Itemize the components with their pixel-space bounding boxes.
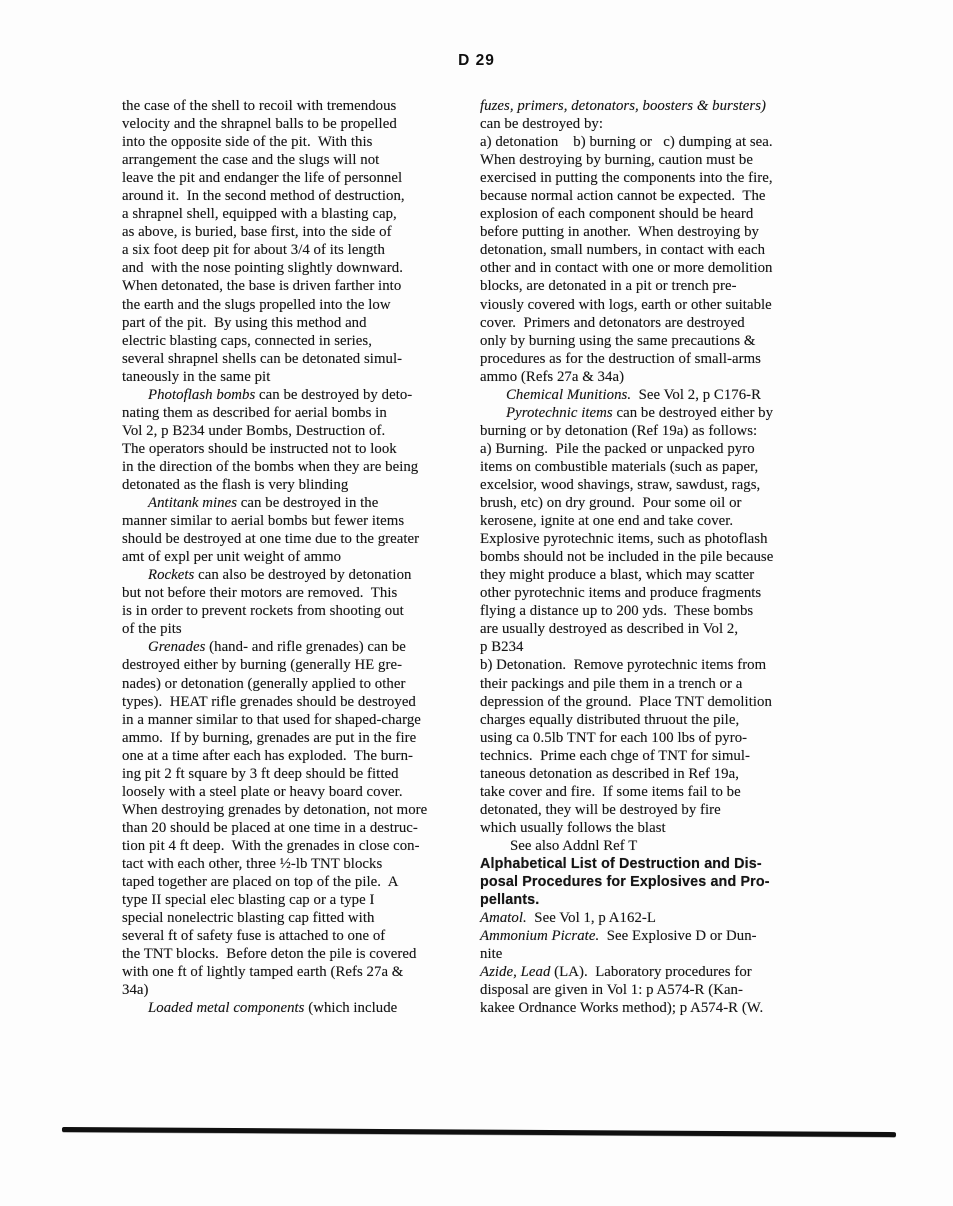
text-segment: destroyed either by burning (generally H… — [122, 657, 402, 673]
text-segment: tact with each other, three ½-lb TNT blo… — [122, 856, 382, 872]
text-line: a shrapnel shell, equipped with a blasti… — [122, 205, 474, 223]
text-segment: procedures as for the destruction of sma… — [480, 351, 761, 367]
text-segment: Alphabetical List of Destruction and Dis… — [480, 856, 762, 872]
text-segment: but not before their motors are removed.… — [122, 585, 397, 601]
text-line: depression of the ground. Place TNT demo… — [480, 693, 862, 711]
text-segment: Chemical Munitions. — [506, 387, 631, 403]
text-line: several shrapnel shells can be detonated… — [122, 350, 474, 368]
text-segment: loosely with a steel plate or heavy boar… — [122, 784, 403, 800]
page-number-header: D 29 — [0, 52, 953, 70]
text-line: ammo. If by burning, grenades are put in… — [122, 729, 474, 747]
text-segment: than 20 should be placed at one time in … — [122, 820, 418, 836]
text-line: disposal are given in Vol 1: p A574-R (K… — [480, 981, 862, 999]
text-line: velocity and the shrapnel balls to be pr… — [122, 115, 474, 133]
text-segment: detonated as the flash is very blinding — [122, 477, 348, 493]
text-segment: When destroying by burning, caution must… — [480, 152, 753, 168]
text-line: The operators should be instructed not t… — [122, 440, 474, 458]
text-segment: can be destroyed either by — [613, 405, 773, 421]
text-segment: several shrapnel shells can be detonated… — [122, 351, 402, 367]
text-segment: can be destroyed in the — [237, 495, 378, 511]
text-line: items on combustible materials (such as … — [480, 458, 862, 476]
text-line: pellants. — [480, 891, 862, 909]
text-line: around it. In the second method of destr… — [122, 187, 474, 205]
text-segment: part of the pit. By using this method an… — [122, 315, 367, 331]
text-line: Chemical Munitions. See Vol 2, p C176-R — [480, 386, 862, 404]
text-segment: nating them as described for aerial bomb… — [122, 405, 387, 421]
text-line: When detonated, the base is driven farth… — [122, 277, 474, 295]
text-segment: Pyrotechnic items — [506, 405, 613, 421]
text-line: they might produce a blast, which may sc… — [480, 566, 862, 584]
text-line: in a manner similar to that used for sha… — [122, 711, 474, 729]
scanned-document-page: D 29 the case of the shell to recoil wit… — [0, 0, 953, 1206]
text-line: taped together are placed on top of the … — [122, 873, 474, 891]
text-segment: ammo (Refs 27a & 34a) — [480, 369, 624, 385]
text-segment: tion pit 4 ft deep. With the grenades in… — [122, 838, 420, 854]
text-segment: burning or by detonation (Ref 19a) as fo… — [480, 423, 757, 439]
text-segment: and with the nose pointing slightly down… — [122, 260, 403, 276]
text-line: Alphabetical List of Destruction and Dis… — [480, 855, 862, 873]
text-segment: b) Detonation. Remove pyrotechnic items … — [480, 657, 766, 673]
text-line: charges equally distributed thruout the … — [480, 711, 862, 729]
text-segment: (hand- and rifle grenades) can be — [205, 639, 406, 655]
text-segment: of the pits — [122, 621, 182, 637]
text-line: taneous detonation as described in Ref 1… — [480, 765, 862, 783]
text-segment: technics. Prime each chge of TNT for sim… — [480, 748, 750, 764]
text-segment: charges equally distributed thruout the … — [480, 712, 739, 728]
text-segment: is in order to prevent rockets from shoo… — [122, 603, 404, 619]
bottom-rule — [62, 1127, 896, 1137]
text-line: 34a) — [122, 981, 474, 999]
text-line: Ammonium Picrate. See Explosive D or Dun… — [480, 927, 862, 945]
text-segment: can be destroyed by deto- — [255, 387, 412, 403]
text-segment: viously covered with logs, earth or othe… — [480, 297, 772, 313]
text-segment: Ammonium Picrate. — [480, 928, 599, 944]
text-line: blocks, are detonated in a pit or trench… — [480, 277, 862, 295]
text-segment: bombs should not be included in the pile… — [480, 549, 773, 565]
text-segment: can be destroyed by: — [480, 116, 603, 132]
text-segment: which usually follows the blast — [480, 820, 666, 836]
text-segment: around it. In the second method of destr… — [122, 188, 405, 204]
text-segment: fuzes, primers, detonators, boosters & b… — [480, 98, 766, 114]
text-segment: Grenades — [148, 639, 205, 655]
text-segment: When destroying grenades by detonation, … — [122, 802, 427, 818]
text-line: part of the pit. By using this method an… — [122, 314, 474, 332]
text-line: Rockets can also be destroyed by detonat… — [122, 566, 474, 584]
text-line: electric blasting caps, connected in ser… — [122, 332, 474, 350]
text-segment: taped together are placed on top of the … — [122, 874, 398, 890]
text-segment: cover. Primers and detonators are destro… — [480, 315, 745, 331]
text-line: detonated as the flash is very blinding — [122, 476, 474, 494]
text-segment: depression of the ground. Place TNT demo… — [480, 694, 772, 710]
text-segment: Photoflash bombs — [148, 387, 255, 403]
text-segment: they might produce a blast, which may sc… — [480, 567, 754, 583]
text-line: Antitank mines can be destroyed in the — [122, 494, 474, 512]
text-segment: the TNT blocks. Before deton the pile is… — [122, 946, 416, 962]
text-line: a) detonation b) burning or c) dumping a… — [480, 133, 862, 151]
text-line: detonated, they will be destroyed by fir… — [480, 801, 862, 819]
text-line: p B234 — [480, 638, 862, 656]
text-segment: (LA). Laboratory procedures for — [550, 964, 751, 980]
text-segment: because normal action cannot be expected… — [480, 188, 766, 204]
text-segment: posal Procedures for Explosives and Pro- — [480, 874, 770, 890]
text-segment: 34a) — [122, 982, 149, 998]
text-line: kakee Ordnance Works method); p A574-R (… — [480, 999, 862, 1017]
text-segment: type II special elec blasting cap or a t… — [122, 892, 374, 908]
text-segment: explosion of each component should be he… — [480, 206, 753, 222]
text-line: tion pit 4 ft deep. With the grenades in… — [122, 837, 474, 855]
text-segment: a) Burning. Pile the packed or unpacked … — [480, 441, 755, 457]
text-line: types). HEAT rifle grenades should be de… — [122, 693, 474, 711]
text-segment: other and in contact with one or more de… — [480, 260, 773, 276]
text-line: burning or by detonation (Ref 19a) as fo… — [480, 422, 862, 440]
text-line: several ft of safety fuse is attached to… — [122, 927, 474, 945]
text-line: but not before their motors are removed.… — [122, 584, 474, 602]
text-line: into the opposite side of the pit. With … — [122, 133, 474, 151]
text-segment: in the direction of the bombs when they … — [122, 459, 418, 475]
text-segment: types). HEAT rifle grenades should be de… — [122, 694, 416, 710]
text-line: type II special elec blasting cap or a t… — [122, 891, 474, 909]
text-line: before putting in another. When destroyi… — [480, 223, 862, 241]
text-segment: brush, etc) on dry ground. Pour some oil… — [480, 495, 742, 511]
text-line: See also Addnl Ref T — [480, 837, 862, 855]
text-segment: electric blasting caps, connected in ser… — [122, 333, 372, 349]
text-line: a) Burning. Pile the packed or unpacked … — [480, 440, 862, 458]
text-line: bombs should not be included in the pile… — [480, 548, 862, 566]
text-segment: the earth and the slugs propelled into t… — [122, 297, 391, 313]
text-line: special nonelectric blasting cap fitted … — [122, 909, 474, 927]
text-segment: their packings and pile them in a trench… — [480, 676, 742, 692]
right-column: fuzes, primers, detonators, boosters & b… — [480, 97, 862, 1017]
text-line: Loaded metal components (which include — [122, 999, 474, 1017]
text-segment: items on combustible materials (such as … — [480, 459, 758, 475]
text-line: take cover and fire. If some items fail … — [480, 783, 862, 801]
text-segment: only by burning using the same precautio… — [480, 333, 756, 349]
text-line: the case of the shell to recoil with tre… — [122, 97, 474, 115]
text-segment: Rockets — [148, 567, 194, 583]
text-segment: See Vol 1, p A162-L — [527, 910, 656, 926]
text-line: posal Procedures for Explosives and Pro- — [480, 873, 862, 891]
text-line: Vol 2, p B234 under Bombs, Destruction o… — [122, 422, 474, 440]
text-line: with one ft of lightly tamped earth (Ref… — [122, 963, 474, 981]
text-segment: detonated, they will be destroyed by fir… — [480, 802, 721, 818]
text-line: their packings and pile them in a trench… — [480, 675, 862, 693]
text-line: destroyed either by burning (generally H… — [122, 656, 474, 674]
text-segment: as above, is buried, base first, into th… — [122, 224, 392, 240]
text-line: a six foot deep pit for about 3/4 of its… — [122, 241, 474, 259]
text-line: should be destroyed at one time due to t… — [122, 530, 474, 548]
text-line: explosion of each component should be he… — [480, 205, 862, 223]
text-segment: manner similar to aerial bombs but fewer… — [122, 513, 404, 529]
text-segment: disposal are given in Vol 1: p A574-R (K… — [480, 982, 743, 998]
text-line: Azide, Lead (LA). Laboratory procedures … — [480, 963, 862, 981]
text-segment: special nonelectric blasting cap fitted … — [122, 910, 374, 926]
text-segment: excelsior, wood shavings, straw, sawdust… — [480, 477, 760, 493]
text-segment: are usually destroyed as described in Vo… — [480, 621, 738, 637]
text-line: When destroying grenades by detonation, … — [122, 801, 474, 819]
text-line: procedures as for the destruction of sma… — [480, 350, 862, 368]
text-line: than 20 should be placed at one time in … — [122, 819, 474, 837]
text-segment: exercised in putting the components into… — [480, 170, 773, 186]
text-line: tact with each other, three ½-lb TNT blo… — [122, 855, 474, 873]
text-line: because normal action cannot be expected… — [480, 187, 862, 205]
text-segment: take cover and fire. If some items fail … — [480, 784, 741, 800]
text-segment: nades) or detonation (generally applied … — [122, 676, 405, 692]
text-segment: before putting in another. When destroyi… — [480, 224, 759, 240]
text-line: Amatol. See Vol 1, p A162-L — [480, 909, 862, 927]
text-segment: nite — [480, 946, 502, 962]
text-segment: detonation, small numbers, in contact wi… — [480, 242, 765, 258]
text-line: of the pits — [122, 620, 474, 638]
left-column: the case of the shell to recoil with tre… — [122, 97, 474, 1017]
text-line: the earth and the slugs propelled into t… — [122, 296, 474, 314]
text-segment: using ca 0.5lb TNT for each 100 lbs of p… — [480, 730, 747, 746]
text-line: flying a distance up to 200 yds. These b… — [480, 602, 862, 620]
text-line: Pyrotechnic items can be destroyed eithe… — [480, 404, 862, 422]
text-segment: one at a time after each has exploded. T… — [122, 748, 413, 764]
text-line: exercised in putting the components into… — [480, 169, 862, 187]
text-segment: ing pit 2 ft square by 3 ft deep should … — [122, 766, 399, 782]
text-line: fuzes, primers, detonators, boosters & b… — [480, 97, 862, 115]
text-line: brush, etc) on dry ground. Pour some oil… — [480, 494, 862, 512]
text-line: one at a time after each has exploded. T… — [122, 747, 474, 765]
text-segment: velocity and the shrapnel balls to be pr… — [122, 116, 397, 132]
text-segment: with one ft of lightly tamped earth (Ref… — [122, 964, 403, 980]
text-line: are usually destroyed as described in Vo… — [480, 620, 862, 638]
text-line: only by burning using the same precautio… — [480, 332, 862, 350]
text-line: as above, is buried, base first, into th… — [122, 223, 474, 241]
text-segment: Amatol. — [480, 910, 527, 926]
text-segment: into the opposite side of the pit. With … — [122, 134, 372, 150]
text-segment: in a manner similar to that used for sha… — [122, 712, 421, 728]
text-line: manner similar to aerial bombs but fewer… — [122, 512, 474, 530]
text-line: technics. Prime each chge of TNT for sim… — [480, 747, 862, 765]
text-segment: kerosene, ignite at one end and take cov… — [480, 513, 733, 529]
text-line: amt of expl per unit weight of ammo — [122, 548, 474, 566]
text-line: Explosive pyrotechnic items, such as pho… — [480, 530, 862, 548]
text-segment: a) detonation b) burning or c) dumping a… — [480, 134, 773, 150]
text-line: Grenades (hand- and rifle grenades) can … — [122, 638, 474, 656]
text-line: in the direction of the bombs when they … — [122, 458, 474, 476]
text-line: which usually follows the blast — [480, 819, 862, 837]
text-line: Photoflash bombs can be destroyed by det… — [122, 386, 474, 404]
text-line: When destroying by burning, caution must… — [480, 151, 862, 169]
text-line: excelsior, wood shavings, straw, sawdust… — [480, 476, 862, 494]
text-segment: pellants. — [480, 892, 539, 908]
text-line: nades) or detonation (generally applied … — [122, 675, 474, 693]
text-line: the TNT blocks. Before deton the pile is… — [122, 945, 474, 963]
text-segment: blocks, are detonated in a pit or trench… — [480, 278, 737, 294]
text-line: arrangement the case and the slugs will … — [122, 151, 474, 169]
text-line: other and in contact with one or more de… — [480, 259, 862, 277]
text-segment: kakee Ordnance Works method); p A574-R (… — [480, 1000, 763, 1016]
text-line: kerosene, ignite at one end and take cov… — [480, 512, 862, 530]
text-segment: can also be destroyed by detonation — [194, 567, 411, 583]
text-segment: ammo. If by burning, grenades are put in… — [122, 730, 416, 746]
text-line: b) Detonation. Remove pyrotechnic items … — [480, 656, 862, 674]
text-segment: leave the pit and endanger the life of p… — [122, 170, 402, 186]
text-line: ammo (Refs 27a & 34a) — [480, 368, 862, 386]
text-line: detonation, small numbers, in contact wi… — [480, 241, 862, 259]
text-segment: other pyrotechnic items and produce frag… — [480, 585, 761, 601]
text-line: nite — [480, 945, 862, 963]
text-segment: Antitank mines — [148, 495, 237, 511]
text-segment: a six foot deep pit for about 3/4 of its… — [122, 242, 385, 258]
text-segment: p B234 — [480, 639, 523, 655]
text-segment: Vol 2, p B234 under Bombs, Destruction o… — [122, 423, 385, 439]
text-segment: The operators should be instructed not t… — [122, 441, 397, 457]
text-segment: Azide, Lead — [480, 964, 550, 980]
text-line: leave the pit and endanger the life of p… — [122, 169, 474, 187]
text-segment: Loaded metal components — [148, 1000, 305, 1016]
text-line: nating them as described for aerial bomb… — [122, 404, 474, 422]
text-segment: arrangement the case and the slugs will … — [122, 152, 379, 168]
text-segment: taneously in the same pit — [122, 369, 270, 385]
text-segment: See Vol 2, p C176-R — [631, 387, 761, 403]
text-segment: (which include — [305, 1000, 398, 1016]
text-line: can be destroyed by: — [480, 115, 862, 133]
text-line: ing pit 2 ft square by 3 ft deep should … — [122, 765, 474, 783]
text-line: viously covered with logs, earth or othe… — [480, 296, 862, 314]
text-segment: flying a distance up to 200 yds. These b… — [480, 603, 753, 619]
text-line: other pyrotechnic items and produce frag… — [480, 584, 862, 602]
text-segment: When detonated, the base is driven farth… — [122, 278, 401, 294]
text-segment: Explosive pyrotechnic items, such as pho… — [480, 531, 768, 547]
text-line: loosely with a steel plate or heavy boar… — [122, 783, 474, 801]
text-line: and with the nose pointing slightly down… — [122, 259, 474, 277]
text-segment: a shrapnel shell, equipped with a blasti… — [122, 206, 397, 222]
text-segment: taneous detonation as described in Ref 1… — [480, 766, 739, 782]
text-segment: See also Addnl Ref T — [510, 838, 637, 854]
text-line: cover. Primers and detonators are destro… — [480, 314, 862, 332]
text-segment: should be destroyed at one time due to t… — [122, 531, 419, 547]
text-line: using ca 0.5lb TNT for each 100 lbs of p… — [480, 729, 862, 747]
text-line: is in order to prevent rockets from shoo… — [122, 602, 474, 620]
text-segment: See Explosive D or Dun- — [599, 928, 756, 944]
text-segment: amt of expl per unit weight of ammo — [122, 549, 341, 565]
text-line: taneously in the same pit — [122, 368, 474, 386]
text-segment: the case of the shell to recoil with tre… — [122, 98, 396, 114]
text-segment: several ft of safety fuse is attached to… — [122, 928, 385, 944]
